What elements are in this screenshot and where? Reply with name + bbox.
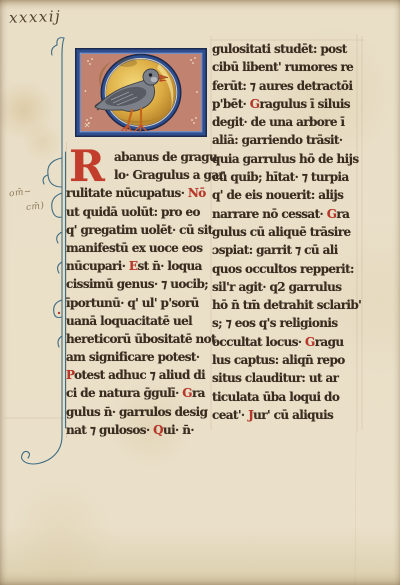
text-line: am significare potest· bbox=[66, 348, 212, 366]
text-line: occultat locus· Gragu bbox=[212, 333, 364, 351]
text-line: cissimū genus· ⁊ uocib; bbox=[66, 275, 212, 293]
marginal-flourish bbox=[22, 38, 66, 464]
text-line: ci de natura ḡgulī· Gra bbox=[66, 384, 212, 402]
text-line: ferūt: ⁊ aures detractōi bbox=[212, 77, 364, 95]
bird-cheek bbox=[151, 77, 158, 82]
text-line: nat ⁊ gulosos· Qui· n̄· bbox=[66, 421, 212, 439]
bird-eye bbox=[149, 73, 152, 76]
text-line: quos occultos repperit: bbox=[212, 260, 364, 278]
text-line: cū quib; hītat· ⁊ turpia bbox=[212, 168, 364, 186]
text-line: q' gregatim uolēt· cū sit bbox=[66, 221, 212, 239]
right-text-column: gulositati studēt: postcibū libent' rumo… bbox=[212, 40, 364, 424]
text-line: abanus de gragu bbox=[66, 148, 212, 166]
text-line: rulitate nūcupatus· Nō bbox=[66, 184, 212, 202]
left-text-column: abanus de gragulo· Gragulus a garrulitat… bbox=[66, 148, 212, 439]
text-line: uanā loquacitatē uel bbox=[66, 312, 212, 330]
text-line: lo· Gragulus a gar bbox=[66, 166, 212, 184]
margin-pen-mark: cm̄) bbox=[25, 201, 45, 213]
text-line: hō n̄ tm̄ detrahit sclarib' bbox=[212, 296, 364, 314]
text-line: q' de eis nouerit: alijs bbox=[212, 186, 364, 204]
text-line: sil'r agit· q2 garrulus bbox=[212, 278, 364, 296]
text-line: degit· de una arbore ī bbox=[212, 113, 364, 131]
text-line: aliā: garriendo trāsit· bbox=[212, 131, 364, 149]
text-line: p'bēt· Gragulus ī siluis bbox=[212, 95, 364, 113]
text-line: cibū libent' rumores re bbox=[212, 58, 364, 76]
jackdaw-miniature bbox=[75, 48, 207, 137]
parchment-crease bbox=[355, 432, 356, 585]
text-line: īportunū· q' ul' p'sorū bbox=[66, 294, 212, 312]
text-line: gulositati studēt: post bbox=[212, 40, 364, 58]
text-line: ut quidā uolūt: pro eo bbox=[66, 203, 212, 221]
margin-pen-mark: om̄~ bbox=[8, 187, 32, 200]
folio-number: xxxxij bbox=[9, 7, 62, 27]
manuscript-page: { "page": { "folio_number": "xxxxij", "p… bbox=[0, 0, 400, 585]
text-line: hereticorū ūbositatē not bbox=[66, 330, 212, 348]
text-line: nūcupari· Est n̄· loqua bbox=[66, 257, 212, 275]
text-line: ɔspiat: garrit ⁊ cū ali bbox=[212, 241, 364, 259]
text-line: ceat'· Jur' cū aliquis bbox=[212, 406, 364, 424]
text-line: quia garrulus hō de hijs bbox=[212, 150, 364, 168]
bird-head bbox=[143, 69, 159, 85]
text-line: situs clauditur: ut ar bbox=[212, 369, 364, 387]
text-line: narrare nō cessat· Gra bbox=[212, 205, 364, 223]
text-line: gulus cū aliquē trāsire bbox=[212, 223, 364, 241]
text-line: ticulata ūba loqui do bbox=[212, 388, 364, 406]
text-line: lus captus: aliqn̄ repo bbox=[212, 351, 364, 369]
text-line: gulus n̄· garrulos desig bbox=[66, 403, 212, 421]
text-line: Potest adhuc ⁊ aliud di bbox=[66, 366, 212, 384]
text-line: manifestū ex uoce eos bbox=[66, 239, 212, 257]
text-line: s; ⁊ eos q's religionis bbox=[212, 314, 364, 332]
flourish-red-dot bbox=[58, 312, 60, 314]
